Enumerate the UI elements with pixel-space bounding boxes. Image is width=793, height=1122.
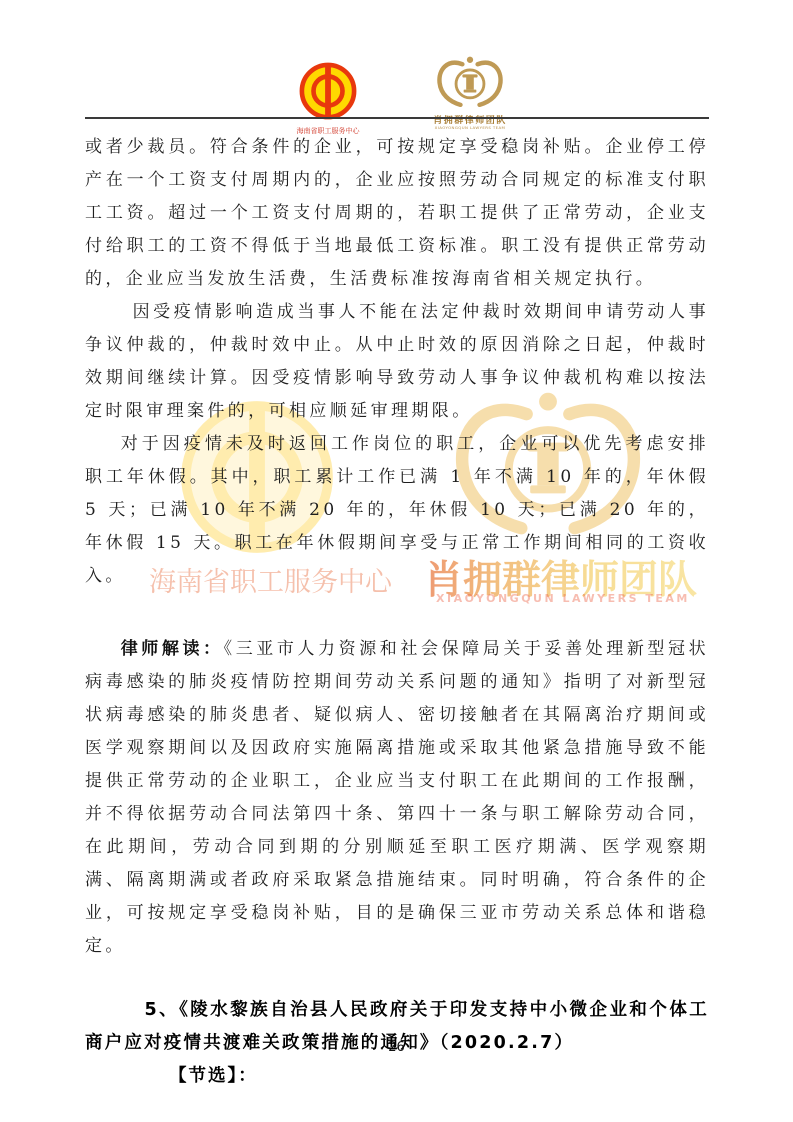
paragraph-lawyer-interpretation: 律师解读：《三亚市人力资源和社会保障局关于妥善处理新型冠状病毒感染的肺炎疫情防控… xyxy=(85,633,709,963)
paragraph-arbitration-suspension: 因受疫情影响造成当事人不能在法定仲裁时效期间申请劳动人事争议仲裁的，仲裁时效中止… xyxy=(85,296,709,428)
lawyer-logo-caption-en: XIAOYONGQUN LAWYERS TEAM xyxy=(434,126,506,131)
lawyer-logo-block: 肖拥群律师团队 XIAOYONGQUN LAWYERS TEAM xyxy=(424,56,516,132)
lawyer-logo-caption: 肖拥群律师团队 xyxy=(424,113,516,126)
lawyer-note-label: 律师解读： xyxy=(121,639,224,659)
lawyer-note-text: 《三亚市人力资源和社会保障局关于妥善处理新型冠状病毒感染的肺炎疫情防控期间劳动关… xyxy=(85,639,709,956)
paragraph-wage-payment: 或者少裁员。符合条件的企业，可按规定享受稳岗补贴。企业停工停产在一个工资支付周期… xyxy=(85,131,709,296)
document-page: 海南省职工服务中心 肖拥群律师团队 XIAOYONGQUN LAWYERS TE… xyxy=(0,0,793,1122)
union-logo-block: 海南省职工服务中心 xyxy=(296,62,360,136)
union-logo-icon xyxy=(299,62,357,120)
document-body: 或者少裁员。符合条件的企业，可按规定享受稳岗补贴。企业停工停产在一个工资支付周期… xyxy=(85,131,709,1093)
header-divider xyxy=(85,117,709,119)
page-header: 海南省职工服务中心 肖拥群律师团队 XIAOYONGQUN LAWYERS TE… xyxy=(0,0,793,130)
section-5-heading: 5、《陵水黎族自治县人民政府关于印发支持中小微企业和个体工商户应对疫情共渡难关政… xyxy=(85,994,709,1060)
lawyer-team-logo-icon xyxy=(435,56,505,108)
section-excerpt-label: 【节选】： xyxy=(85,1060,709,1093)
paragraph-annual-leave: 对于因疫情未及时返回工作岗位的职工，企业可以优先考虑安排职工年休假。其中，职工累… xyxy=(85,428,709,593)
